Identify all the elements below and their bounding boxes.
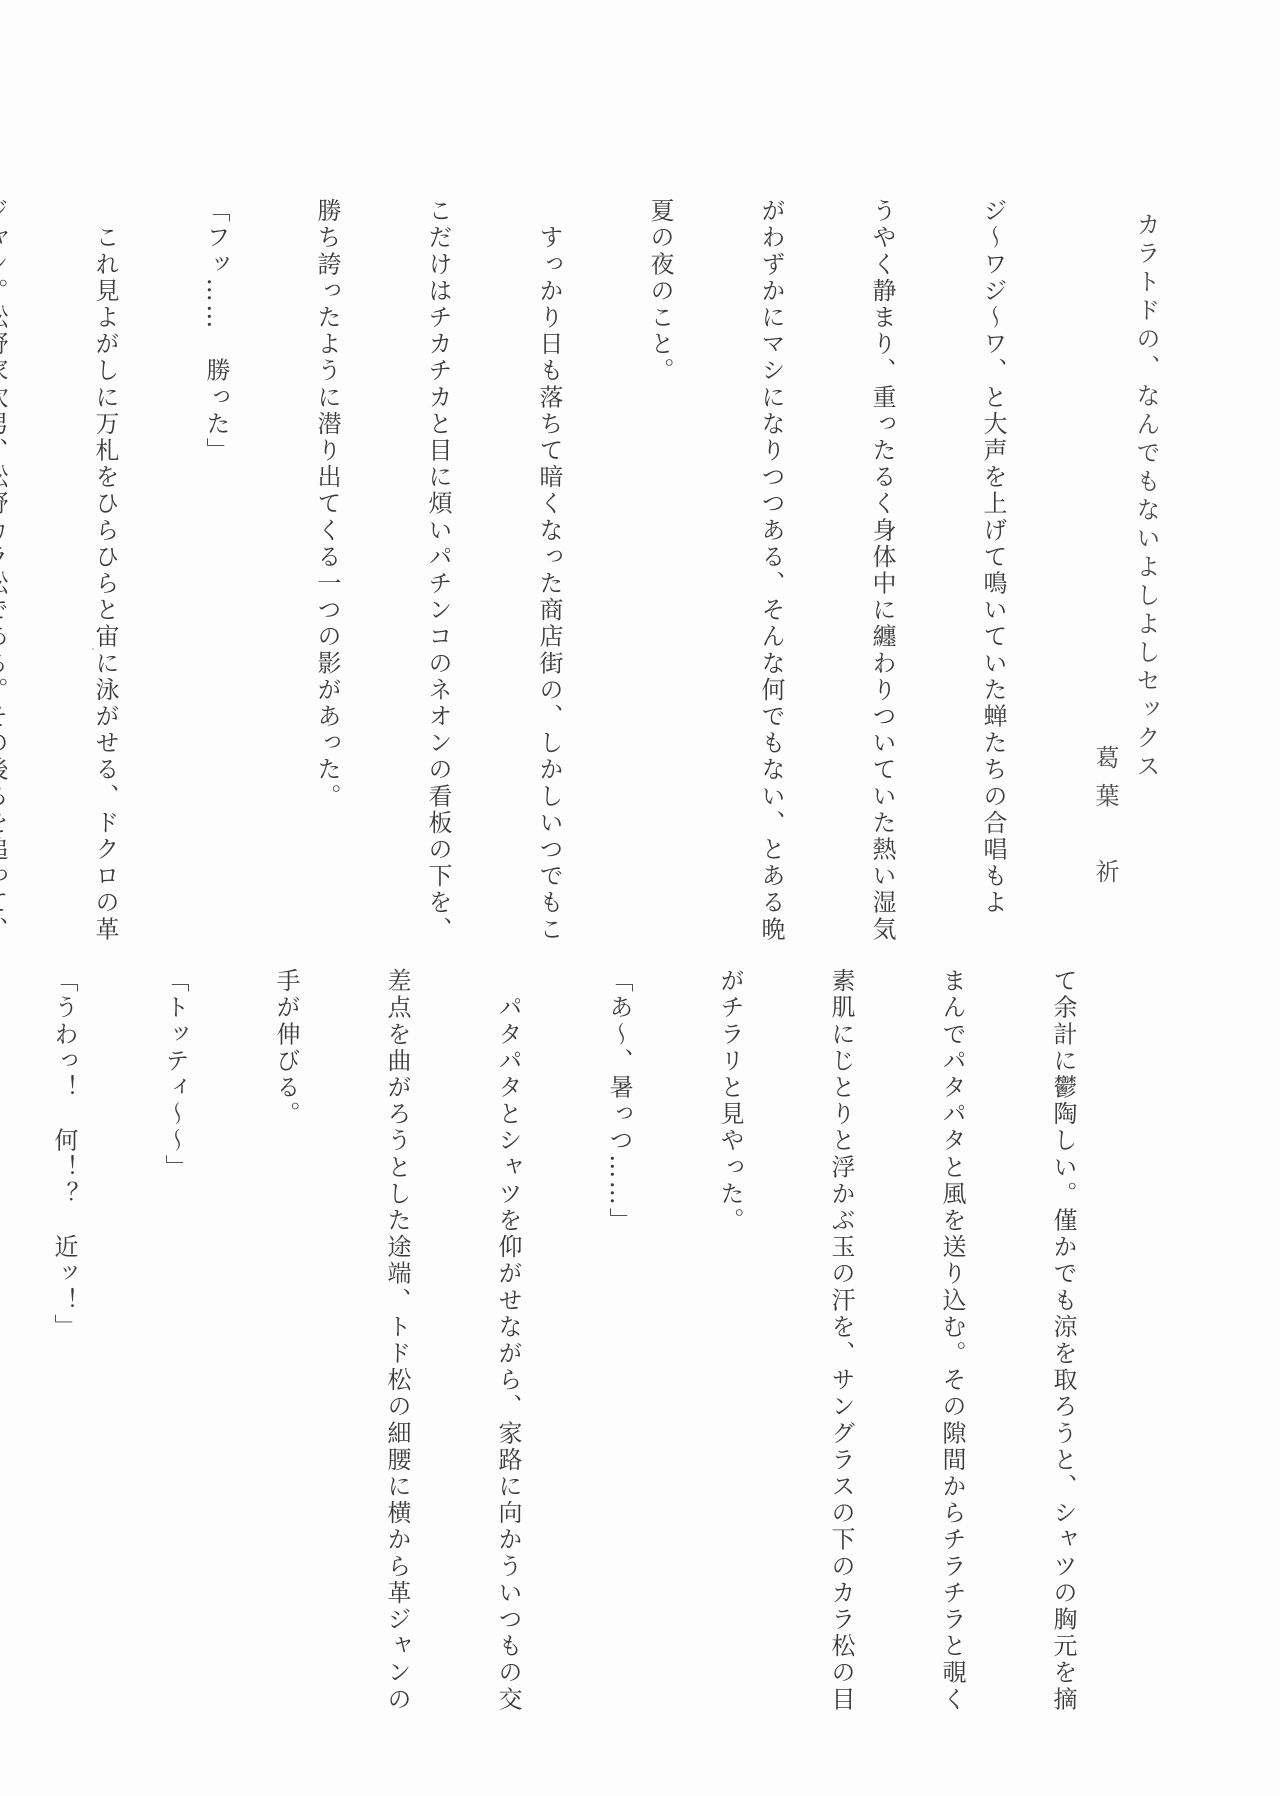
text-line: ジ〜ワジ〜ワ、と大声を上げて鳴いていた蝉たちの合唱もよ bbox=[974, 198, 1011, 918]
text-line: パタパタとシャツを仰がせながら、家路に向かういつもの交 bbox=[489, 968, 526, 1688]
text-line: すっかり日も落ちて暗くなった商店街の、しかしいつでもこ bbox=[530, 198, 567, 918]
text-line: こだけはチカチカと目に煩いパチンコのネオンの看板の下を、 bbox=[419, 198, 456, 918]
text-line: ジャン。松野家次男、松野カラ松である。その後ろを追って、 bbox=[0, 198, 12, 918]
text-line: 「フッ…… 勝った」 bbox=[197, 198, 234, 918]
text-line: 「トッティ〜〜」 bbox=[156, 968, 193, 1688]
text-line: 夏の夜のこと。 bbox=[641, 198, 678, 918]
text-line: うやく静まり、重ったるく身体中に纏わりついていた熱い湿気 bbox=[863, 198, 900, 918]
author-name: 葛葉 祈 bbox=[1088, 745, 1123, 897]
text-line: 素肌にじとりと浮かぶ玉の汗を、サングラスの下のカラ松の目 bbox=[822, 968, 859, 1688]
text-line: 「あ〜、暑っつ……」 bbox=[600, 968, 637, 1688]
body-text-top: ジ〜ワジ〜ワ、と大声を上げて鳴いていた蝉たちの合唱もよ うやく静まり、重ったるく… bbox=[0, 198, 1085, 918]
text-line: 手が伸びる。 bbox=[267, 968, 304, 1688]
scan-speck bbox=[92, 648, 94, 650]
document-page: カラトドの、なんでもないよしよしセックス 葛葉 祈 ジ〜ワジ〜ワ、と大声を上げて… bbox=[0, 0, 1280, 1796]
text-line: 勝ち誇ったように潜り出てくる一つの影があった。 bbox=[308, 198, 345, 918]
body-text-bottom: て余計に鬱陶しい。僅かでも涼を取ろうと、シャツの胸元を摘 まんでパタパタと風を送… bbox=[0, 968, 1155, 1688]
story-title: カラトドの、なんでもないよしよしセックス bbox=[1129, 212, 1164, 782]
text-line: これ見よがしに万札をひらひらと宙に泳がせる、ドクロの革 bbox=[86, 198, 123, 918]
text-line: がチラリと見やった。 bbox=[711, 968, 748, 1688]
text-line: て余計に鬱陶しい。僅かでも涼を取ろうと、シャツの胸元を摘 bbox=[1044, 968, 1081, 1688]
text-line: がわずかにマシになりつつある、そんな何でもない、とある晩 bbox=[752, 198, 789, 918]
text-line: 「うわっ！ 何！？ 近ッ！」 bbox=[45, 968, 82, 1688]
text-line: まんでパタパタと風を送り込む。その隙間からチラチラと覗く bbox=[933, 968, 970, 1688]
text-line: 差点を曲がろうとした途端、トド松の細腰に横から革ジャンの bbox=[378, 968, 415, 1688]
